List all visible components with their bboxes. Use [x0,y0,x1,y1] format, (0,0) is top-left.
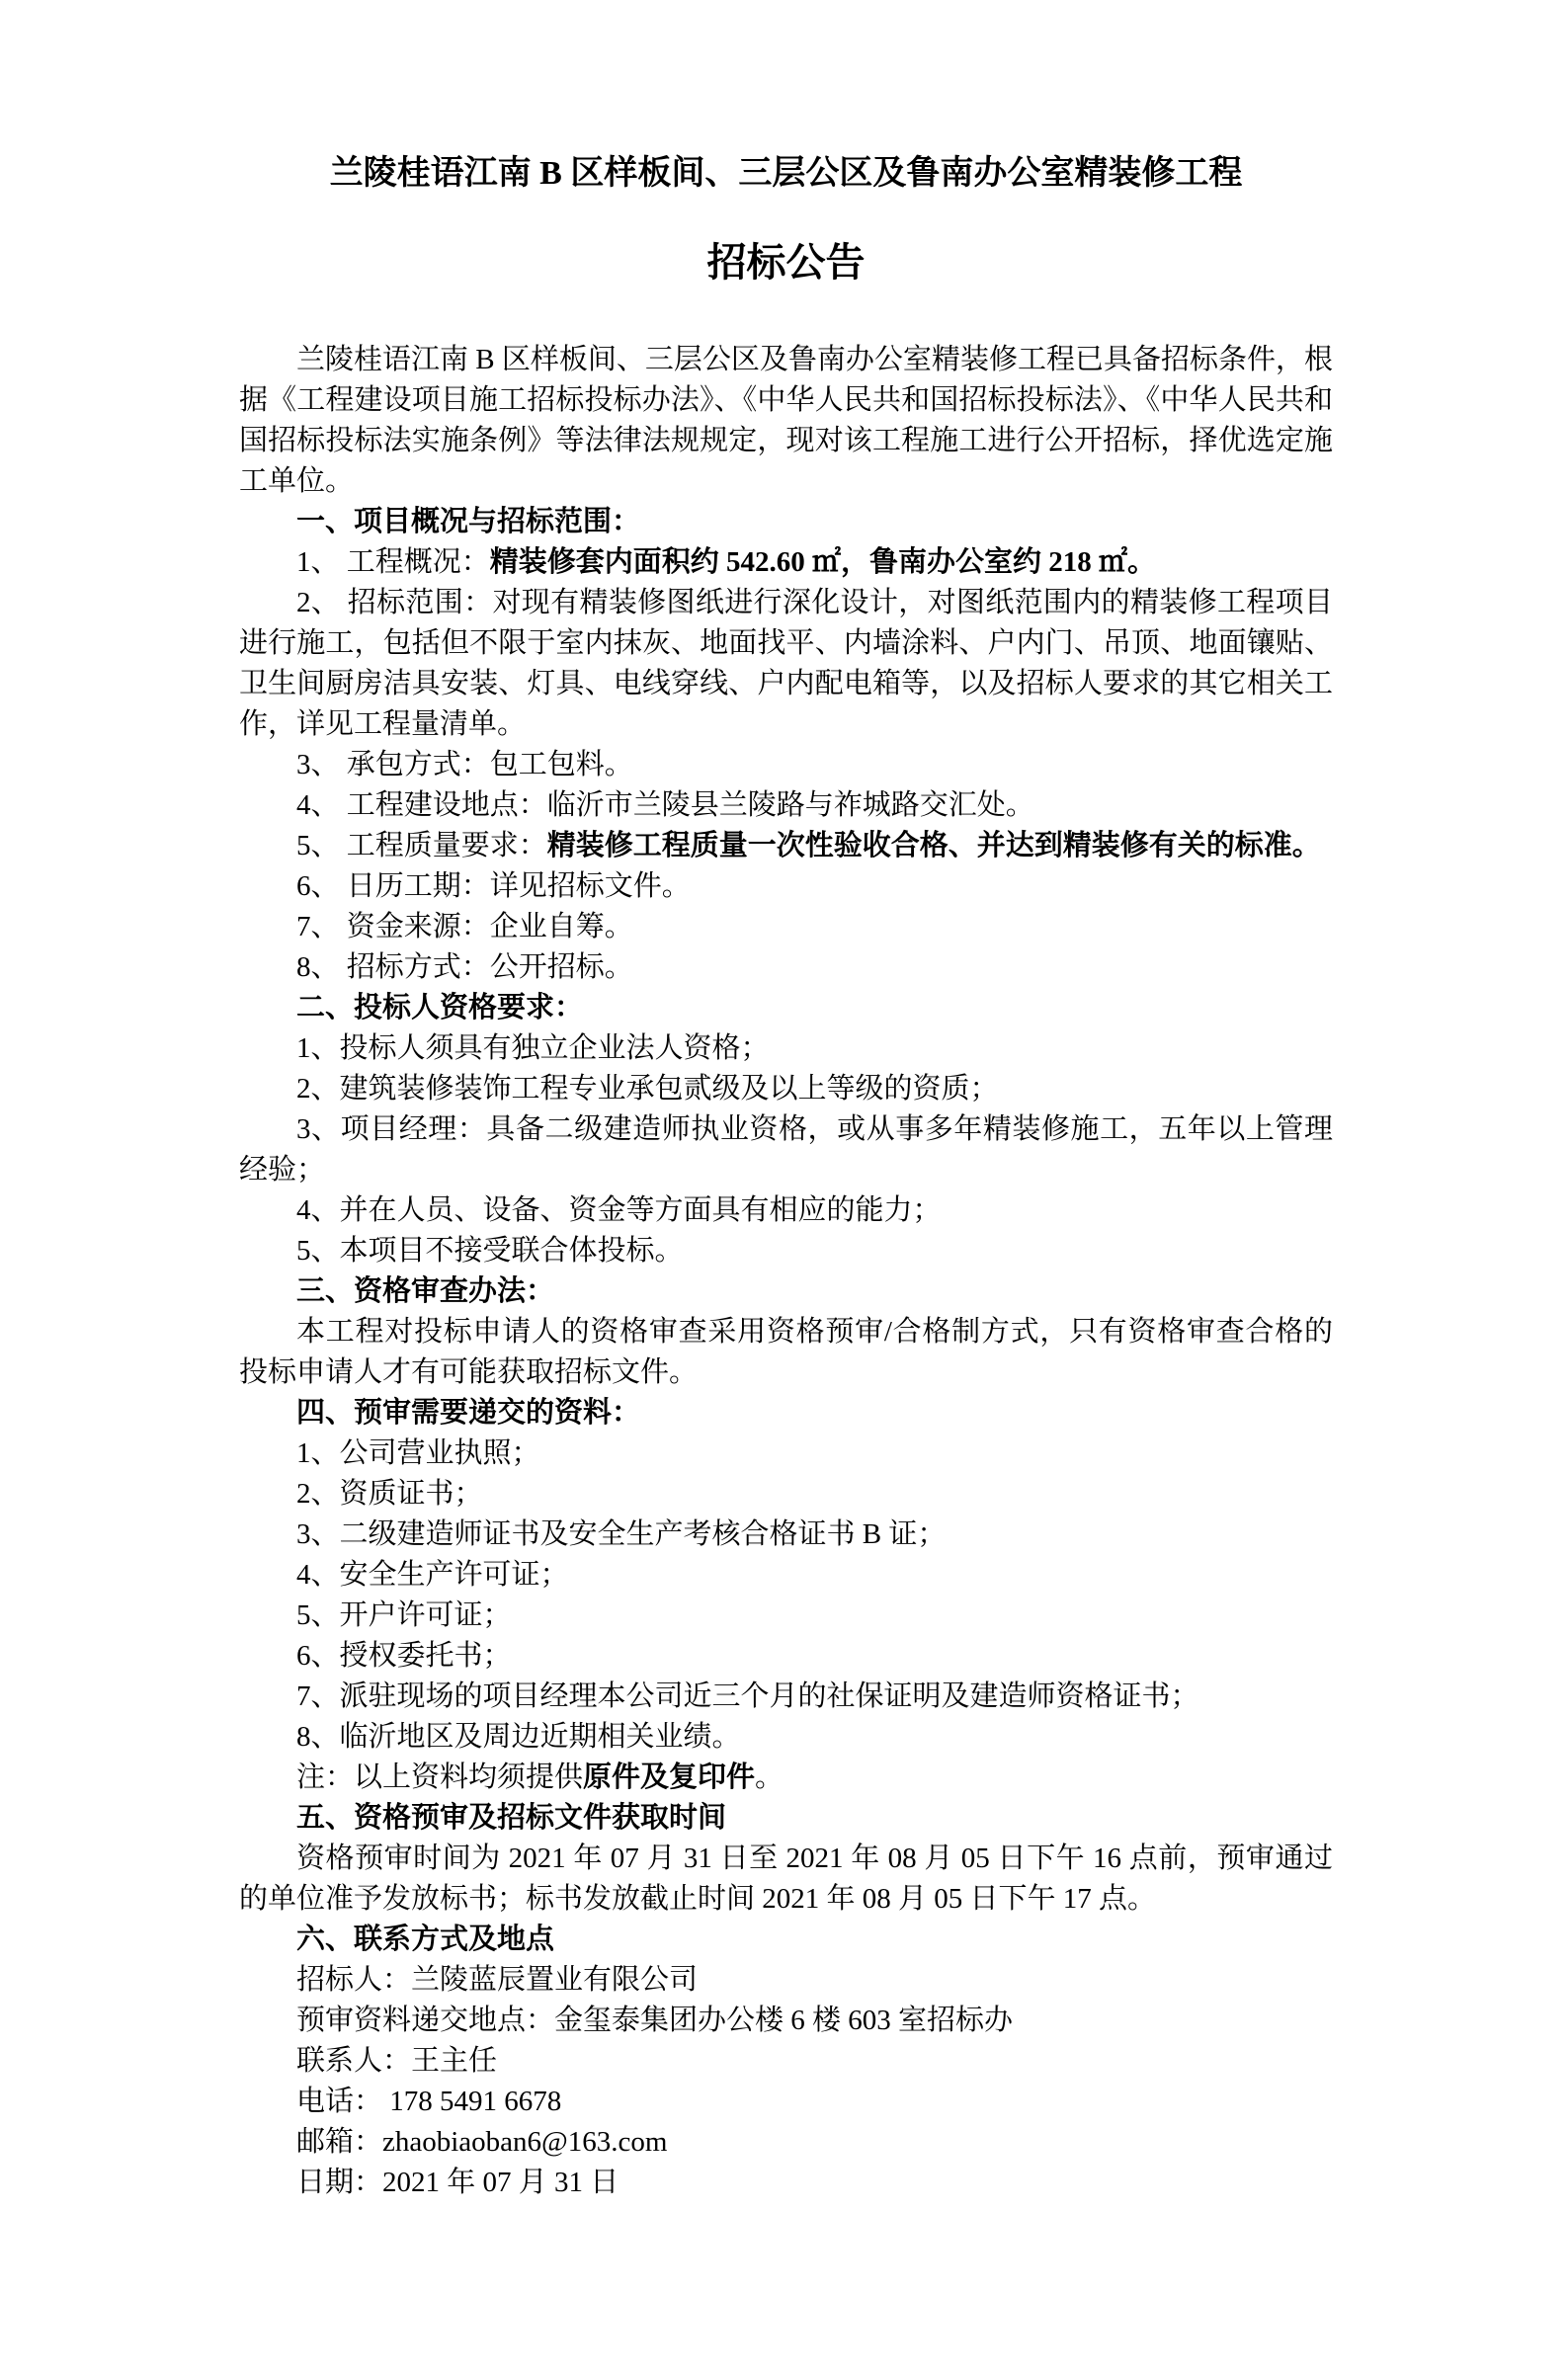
section-two-heading: 二、投标人资格要求： [239,988,1333,1028]
tenderer-line: 招标人：兰陵蓝辰置业有限公司 [239,1960,1333,2001]
date-line: 日期：2021 年 07 月 31 日 [239,2163,1333,2203]
section-one-item-6: 6、 日历工期：详见招标文件。 [239,866,1333,907]
section-two-item-2: 2、建筑装修装饰工程专业承包贰级及以上等级的资质； [239,1069,1333,1109]
section-four-item-5: 5、开户许可证； [239,1596,1333,1636]
section-two-item-4: 4、并在人员、设备、资金等方面具有相应的能力； [239,1190,1333,1231]
contact-person-line: 联系人：王主任 [239,2041,1333,2082]
section-four-item-7: 7、派驻现场的项目经理本公司近三个月的社保证明及建造师资格证书； [239,1677,1333,1717]
section-one-heading: 一、项目概况与招标范围： [239,502,1333,542]
item-label: 5、 工程质量要求： [296,830,547,861]
section-three-heading: 三、资格审查办法： [239,1271,1333,1312]
section-four-heading: 四、预审需要递交的资料： [239,1393,1333,1433]
submission-address-line: 预审资料递交地点：金玺泰集团办公楼 6 楼 603 室招标办 [239,2001,1333,2041]
section-three-body: 本工程对投标申请人的资格审查采用资格预审/合格制方式，只有资格审查合格的投标申请… [239,1312,1333,1393]
intro-paragraph: 兰陵桂语江南 B 区样板间、三层公区及鲁南办公室精装修工程已具备招标条件，根据《… [239,340,1333,502]
section-four-item-2: 2、资质证书； [239,1474,1333,1515]
note-suffix: 。 [755,1761,784,1793]
section-five-heading: 五、资格预审及招标文件获取时间 [239,1798,1333,1839]
section-two-item-3: 3、项目经理：具备二级建造师执业资格，或从事多年精装修施工，五年以上管理经验； [239,1109,1333,1190]
section-six-heading: 六、联系方式及地点 [239,1920,1333,1960]
section-one-item-1: 1、 工程概况：精装修套内面积约 542.60 ㎡，鲁南办公室约 218 ㎡。 [239,542,1333,583]
section-four-item-8: 8、临沂地区及周边近期相关业绩。 [239,1717,1333,1758]
item-value-bold: 精装修套内面积约 542.60 ㎡，鲁南办公室约 218 ㎡。 [490,546,1156,578]
section-one-item-4: 4、 工程建设地点：临沂市兰陵县兰陵路与祚城路交汇处。 [239,785,1333,826]
note-bold: 原件及复印件 [583,1761,755,1793]
document-title: 兰陵桂语江南 B 区样板间、三层公区及鲁南办公室精装修工程 [239,148,1333,200]
section-four-item-6: 6、授权委托书； [239,1636,1333,1677]
email-line: 邮箱：zhaobiaoban6@163.com [239,2122,1333,2163]
section-one-item-7: 7、 资金来源：企业自筹。 [239,907,1333,947]
item-value-bold: 精装修工程质量一次性验收合格、并达到精装修有关的标准。 [547,830,1321,861]
section-four-item-4: 4、安全生产许可证； [239,1555,1333,1596]
document-body: 兰陵桂语江南 B 区样板间、三层公区及鲁南办公室精装修工程已具备招标条件，根据《… [239,340,1333,2203]
section-one-item-8: 8、 招标方式：公开招标。 [239,947,1333,988]
item-label: 1、 工程概况： [296,546,490,578]
section-five-body: 资格预审时间为 2021 年 07 月 31 日至 2021 年 08 月 05… [239,1839,1333,1920]
document-subtitle: 招标公告 [239,235,1333,290]
section-four-item-3: 3、二级建造师证书及安全生产考核合格证书 B 证； [239,1515,1333,1555]
note-prefix: 注：以上资料均须提供 [296,1761,583,1793]
section-four-item-1: 1、公司营业执照； [239,1433,1333,1474]
document-page: 兰陵桂语江南 B 区样板间、三层公区及鲁南办公室精装修工程 招标公告 兰陵桂语江… [0,0,1568,2375]
section-four-note: 注：以上资料均须提供原件及复印件。 [239,1758,1333,1798]
section-one-item-2: 2、 招标范围：对现有精装修图纸进行深化设计，对图纸范围内的精装修工程项目进行施… [239,583,1333,745]
section-two-item-5: 5、本项目不接受联合体投标。 [239,1231,1333,1271]
section-one-item-3: 3、 承包方式：包工包料。 [239,745,1333,785]
intro-text: 兰陵桂语江南 B 区样板间、三层公区及鲁南办公室精装修工程已具备招标条件，根据《… [239,344,1333,497]
section-two-item-1: 1、投标人须具有独立企业法人资格； [239,1028,1333,1069]
section-one-item-5: 5、 工程质量要求：精装修工程质量一次性验收合格、并达到精装修有关的标准。 [239,826,1333,866]
phone-line: 电话： 178 5491 6678 [239,2082,1333,2122]
